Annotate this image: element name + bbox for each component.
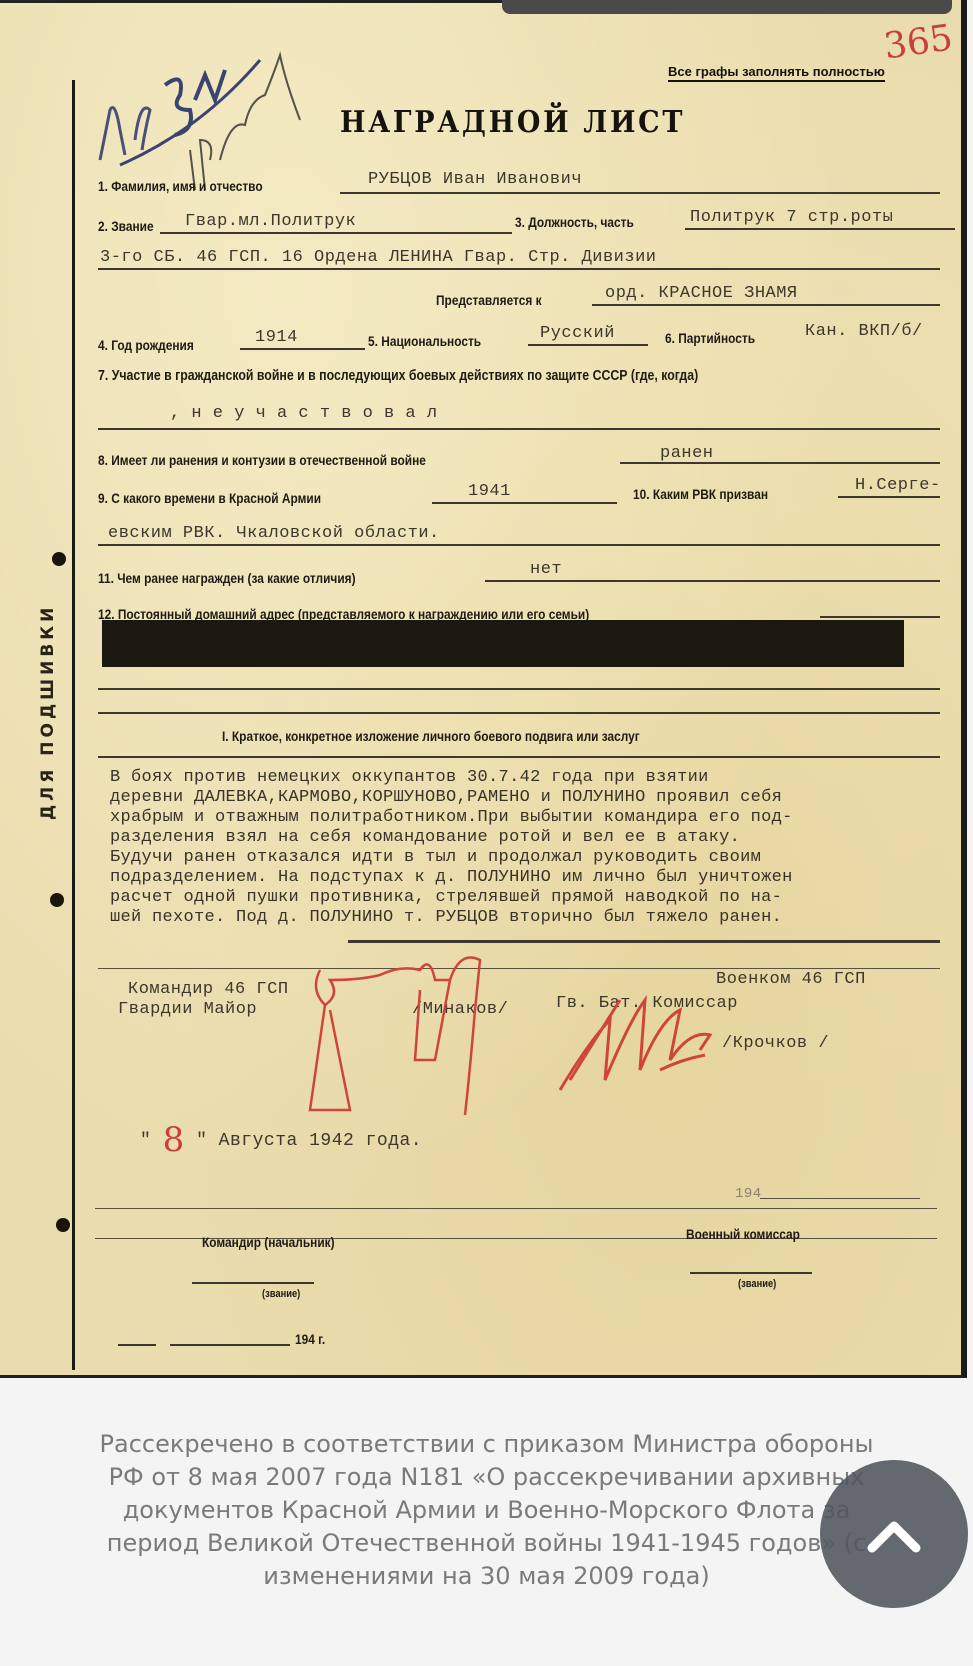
field-11-label: 11. Чем ранее награжден (за какие отличи… xyxy=(98,570,356,586)
field-5-label: 5. Национальность xyxy=(368,333,481,349)
binding-margin-line xyxy=(72,80,75,1370)
award-sheet-document: ДЛЯ ПОДШИВКИ 365 Все графы заполнять пол… xyxy=(0,0,967,1378)
handwritten-annotation-icon xyxy=(80,40,320,190)
field-2-value: Гвар.мл.Политрук xyxy=(185,212,356,231)
rank-label-right: (звание) xyxy=(738,1278,776,1290)
year-stub: 194 xyxy=(735,1186,762,1202)
field-11-value: нет xyxy=(530,560,562,579)
punch-hole xyxy=(52,552,66,566)
binding-label: ДЛЯ ПОДШИВКИ xyxy=(38,604,58,820)
field-8-label: 8. Имеет ли ранения и контузии в отечест… xyxy=(98,452,426,468)
field-7-value: , н е у ч а с т в о в а л xyxy=(170,404,438,423)
field-6-label: 6. Партийность xyxy=(665,330,755,346)
commander-signature-icon xyxy=(300,950,540,1130)
commissar-signature-icon xyxy=(550,980,750,1100)
punch-hole xyxy=(56,1218,70,1232)
top-edge xyxy=(0,0,510,3)
field-7-label: 7. Участие в гражданской войне и в после… xyxy=(98,368,698,384)
punch-hole xyxy=(50,893,64,907)
page-number: 365 xyxy=(881,17,955,67)
presented-value: орд. КРАСНОЕ ЗНАМЯ xyxy=(605,284,798,303)
date-rest: " Августа 1942 года. xyxy=(196,1131,422,1151)
date-day: 8 xyxy=(163,1120,185,1160)
field-10-value-cont: евским РВК. Чкаловской области. xyxy=(108,524,440,543)
field-10-label: 10. Каким РВК призван xyxy=(633,486,768,502)
instruction-text: Все графы заполнять полностью xyxy=(668,64,885,82)
commander-label: Командир (начальник) xyxy=(202,1234,335,1250)
field-1-label: 1. Фамилия, имя и отчество xyxy=(98,178,263,194)
commander-rank: Гвардии Майор xyxy=(118,1000,257,1019)
field-3-value-cont: 3-го СБ. 46 ГСП. 16 Ордена ЛЕНИНА Гвар. … xyxy=(100,248,657,267)
field-4-label: 4. Год рождения xyxy=(98,337,194,353)
scroll-to-top-button[interactable] xyxy=(820,1460,968,1608)
narrative-text: В боях против немецких оккупантов 30.7.4… xyxy=(110,768,970,928)
presented-label: Представляется к xyxy=(436,292,542,308)
field-3-label: 3. Должность, часть xyxy=(515,214,634,230)
rank-label-left: (звание) xyxy=(262,1288,300,1300)
document-title: НАГРАДНОЙ ЛИСТ xyxy=(340,105,685,140)
commissar-label: Военный комиссар xyxy=(686,1226,800,1242)
field-8-value: ранен xyxy=(660,444,714,463)
field-10-value: Н.Серге- xyxy=(855,476,941,495)
field-9-label: 9. С какого времени в Красной Армии xyxy=(98,490,321,506)
redacted-address xyxy=(102,620,904,667)
field-4-value: 1914 xyxy=(255,328,298,347)
field-6-value: Кан. ВКП/б/ xyxy=(805,322,923,341)
field-5-value: Русский xyxy=(540,324,615,343)
field-2-label: 2. Звание xyxy=(98,218,154,234)
field-3-value: Политрук 7 стр.роты xyxy=(690,208,893,227)
chevron-up-icon xyxy=(864,1514,924,1554)
date-quote-open: " xyxy=(140,1131,151,1151)
overlay-bar xyxy=(502,0,952,14)
field-1-value: РУБЦОВ Иван Иванович xyxy=(368,170,582,189)
commander-title: Командир 46 ГСП xyxy=(128,980,289,999)
field-9-value: 1941 xyxy=(468,482,511,501)
section-heading: I. Краткое, конкретное изложение личного… xyxy=(222,728,640,744)
date-stub: 194 г. xyxy=(295,1331,325,1347)
